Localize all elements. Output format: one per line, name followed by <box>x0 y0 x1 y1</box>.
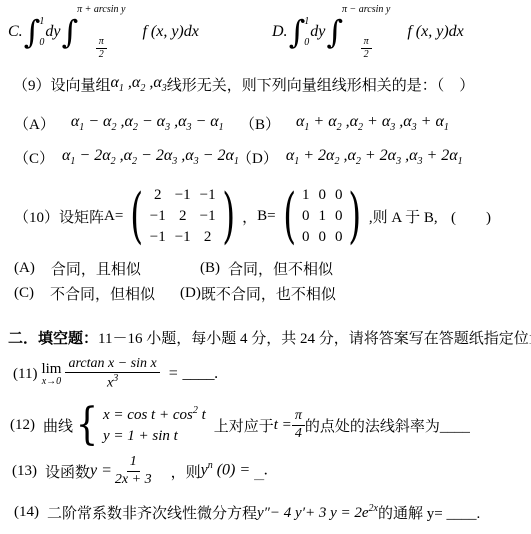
option-formula: α1 − α2 ,α2 − α3 ,α3 − α1 <box>71 113 224 133</box>
option-label: （B） <box>240 113 280 134</box>
limit-operator: lim x→0 <box>41 362 61 387</box>
question-9-option-a: （A） α1 − α2 ,α2 − α3 ,α3 − α1 <box>14 113 224 134</box>
option-text: 不合同，但相似 <box>50 283 155 304</box>
inner-integral-c: ∫ π + arcsin y π 2 <box>61 4 125 60</box>
question-12-mid: 上对应于 <box>214 415 274 436</box>
option-c-expression: C. ∫ 1 0 dy ∫ π + arcsin y π 2 f (x, y)d… <box>8 4 199 60</box>
system-brace: { <box>76 403 98 447</box>
y-equals: y = <box>90 462 112 480</box>
fraction: 1 2x + 3 <box>112 454 155 487</box>
option-formula: α1 + α2 ,α2 + α3 ,α3 + α1 <box>296 113 449 133</box>
integrand: f (x, y)dx <box>407 23 463 41</box>
question-12-label: (12) <box>10 417 35 434</box>
option-text: 合同，但不相似 <box>228 258 333 279</box>
option-label: （D） <box>237 147 278 168</box>
outer-integral-d: ∫ 1 0 <box>289 14 310 50</box>
question-13: (13) 设函数 y = 1 2x + 3 ，则 yn (0) = __. <box>12 448 268 494</box>
integral-icon: ∫ <box>326 18 343 47</box>
question-12: (12) 曲线 { x = cos t + cos2 t y = 1 + sin… <box>10 398 470 452</box>
right-paren: ) <box>349 188 362 245</box>
upper-limit: 1 <box>39 16 44 27</box>
question-9-option-d: （D） α1 + 2α2 ,α2 + 2α3 ,α3 + 2α1 <box>237 147 463 168</box>
lower-limit: 0 <box>304 37 309 48</box>
matrix-b: ( 100 010 000 ) <box>278 185 367 248</box>
equation-y: y = 1 + sin t <box>103 426 178 446</box>
upper-limit: π + arcsin y <box>77 4 125 15</box>
question-12-pre: 曲线 <box>43 415 73 436</box>
question-10-option-b: (B) 合同，但不相似 <box>200 258 333 279</box>
left-paren: ( <box>283 188 296 245</box>
lower-limit-fraction: π 2 <box>77 36 125 60</box>
question-14: (14) 二阶常系数非齐次线性微分方程 y″− 4 y′+ 3 y = 2e2x… <box>14 502 480 523</box>
right-paren: ) <box>222 188 235 245</box>
question-13-mid: ，则 <box>171 461 201 482</box>
option-formula: α1 + 2α2 ,α2 + 2α3 ,α3 + 2α1 <box>286 147 463 167</box>
question-14-label: (14) <box>14 504 39 521</box>
numerator: 1 <box>127 454 140 471</box>
question-10-option-c: (C) 不合同，但相似 <box>14 283 155 304</box>
option-d-expression: D. ∫ 1 0 dy ∫ π − arcsin y π 2 f (x, y)d… <box>272 4 464 60</box>
question-10-prefix: （10）设矩阵 <box>14 206 104 227</box>
matrix-a-eq: A= <box>104 208 123 225</box>
option-d-label: D. <box>272 23 288 41</box>
differential-equation: y″− 4 y′+ 3 y = 2e2x <box>257 503 378 522</box>
answer-blank: = ____. <box>168 365 219 383</box>
question-11-label: (11) <box>13 366 37 383</box>
question-13-label: (13) <box>12 463 37 480</box>
section-2-description: 11－16 小题，每小题 4 分，共 24 分，请将答案写在答题纸指定位置上 <box>98 327 531 348</box>
question-10-suffix: ,则 A 于 B, <box>369 206 438 227</box>
integral-icon: ∫ <box>61 18 78 47</box>
t-equals: t = <box>274 417 292 434</box>
section-2-title: 二．填空题： <box>8 327 98 348</box>
question-9-option-c: （C） α1 − 2α2 ,α2 − 2α3 ,α3 − 2α1 <box>14 147 239 168</box>
fraction: arctan x − sin x x3 <box>65 356 159 392</box>
section-2-header: 二．填空题： 11－16 小题，每小题 4 分，共 24 分，请将答案写在答题纸… <box>8 327 531 348</box>
option-label: （C） <box>14 147 54 168</box>
question-14-pre: 二阶常系数非齐次线性微分方程 <box>47 502 257 523</box>
option-label: (C) <box>14 285 34 302</box>
equation-x: x = cos t + cos2 t <box>103 404 206 425</box>
parametric-equations: x = cos t + cos2 t y = 1 + sin t <box>103 404 206 446</box>
integral-icon: ∫ <box>24 18 41 47</box>
comma: ， <box>242 206 257 227</box>
option-label: (A) <box>14 260 35 277</box>
option-label: （A） <box>14 113 55 134</box>
question-12-tail: 的点处的法线斜率为____ <box>305 415 470 436</box>
denominator: 2x + 3 <box>112 472 155 488</box>
exam-page: C. ∫ 1 0 dy ∫ π + arcsin y π 2 f (x, y)d… <box>0 0 531 534</box>
denominator: x3 <box>104 373 121 392</box>
question-9-stem: （9）设向量组 α1 ,α2 ,α3 线形无关，则下列向量组线形相关的是：（ ） <box>13 74 474 95</box>
numerator: arctan x − sin x <box>65 356 159 373</box>
question-9-prefix: （9）设向量组 <box>13 74 111 95</box>
question-14-tail: 的通解 y= ____. <box>378 502 480 523</box>
upper-limit: π − arcsin y <box>342 4 390 15</box>
lower-limit: 0 <box>39 37 44 48</box>
question-10-option-a: (A) 合同，且相似 <box>14 258 141 279</box>
inner-integral-d: ∫ π − arcsin y π 2 <box>326 4 390 60</box>
option-label: (D) <box>180 285 201 302</box>
matrix-b-eq: B= <box>257 208 275 225</box>
option-label: (B) <box>200 260 220 277</box>
question-13-pre: 设函数 <box>45 461 90 482</box>
left-paren: ( <box>131 188 144 245</box>
question-9-suffix: 线形无关，则下列向量组线形相关的是：（ ） <box>167 74 475 95</box>
question-11: (11) lim x→0 arctan x − sin x x3 = ____. <box>13 352 219 396</box>
question-9-option-b: （B） α1 + α2 ,α2 + α3 ,α3 + α1 <box>240 113 449 134</box>
integrand: f (x, y)dx <box>142 23 198 41</box>
question-9-vectors: α1 ,α2 ,α3 <box>111 74 167 94</box>
lower-limit-fraction: π 2 <box>342 36 390 60</box>
outer-integral-c: ∫ 1 0 <box>24 14 45 50</box>
option-text: 既不合同，也不相似 <box>201 283 336 304</box>
matrix-a: ( 2−1−1 −12−1 −1−12 ) <box>125 185 240 248</box>
question-10-stem: （10）设矩阵 A= ( 2−1−1 −12−1 −1−12 ) ， B= ( … <box>14 178 517 254</box>
upper-limit: 1 <box>304 16 309 27</box>
question-10-option-d: (D) 既不合同，也不相似 <box>180 283 336 304</box>
pi-over-4-fraction: π 4 <box>292 408 305 441</box>
answer-paren: ( ) <box>451 206 491 227</box>
dy: dy <box>45 23 60 41</box>
integral-icon: ∫ <box>289 18 306 47</box>
derivative-expression: yn (0) = __. <box>201 460 269 482</box>
option-c-label: C. <box>8 23 23 41</box>
option-formula: α1 − 2α2 ,α2 − 2α3 ,α3 − 2α1 <box>62 147 239 167</box>
dy: dy <box>310 23 325 41</box>
option-text: 合同，且相似 <box>51 258 141 279</box>
